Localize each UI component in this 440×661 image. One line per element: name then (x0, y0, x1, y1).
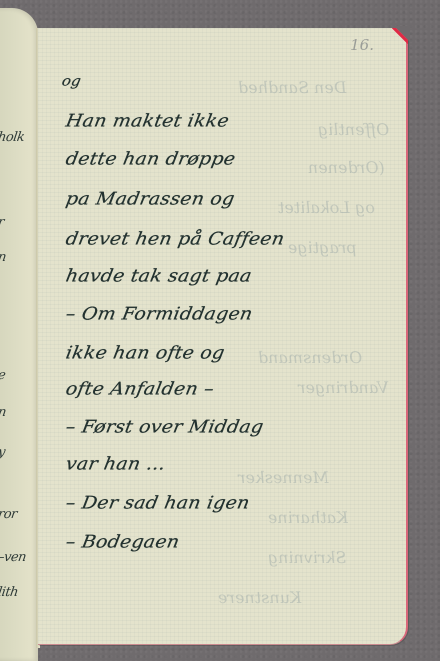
left-page-fragment: n (0, 405, 7, 420)
bleed-through-text: Offentlig (317, 120, 390, 139)
bleed-through-text: Ordensmand (257, 348, 363, 367)
left-page-fragment: y (0, 445, 6, 460)
left-page-fragment: –ven (0, 550, 27, 565)
handwritten-line: – Der sad han igen (64, 493, 251, 513)
left-page-fragment: r (0, 215, 5, 230)
bleed-through-text: Kunstnere (217, 588, 303, 607)
handwritten-line: ikke han ofte og (64, 343, 226, 363)
left-page-fragment: holk (0, 130, 25, 145)
left-page-fragment: n (0, 250, 7, 265)
left-page-fragment: e (0, 368, 6, 383)
bleed-through-text: Katharine (267, 508, 349, 527)
bleed-through-text: og Lokalitet (277, 198, 376, 217)
bleed-through-text: Mennesker (237, 468, 330, 487)
handwritten-line: og (61, 73, 83, 90)
handwritten-line: var han ... (64, 454, 167, 474)
left-facing-page: holk r n e n y ror –ven lith (0, 8, 38, 661)
left-page-fragment: ror (0, 507, 18, 522)
handwritten-line: – Om Formiddagen (64, 304, 254, 324)
handwritten-line: – Først over Middag (64, 417, 265, 437)
handwritten-line: – Bodegaen (64, 532, 181, 552)
notebook-page: 16. Den Sandhed Offentlig (Ordenen og Lo… (38, 28, 408, 645)
handwritten-line: drevet hen på Caffeen (64, 229, 286, 249)
handwritten-line: Han maktet ikke (64, 111, 231, 131)
handwritten-line: ofte Anfalden – (64, 379, 216, 399)
red-page-edge (392, 28, 408, 44)
left-page-fragment: lith (0, 585, 19, 600)
bleed-through-text: Den Sandhed (237, 78, 348, 97)
bleed-through-text: pragtige (287, 238, 358, 257)
bleed-through-text: (Ordenen (307, 158, 386, 177)
page-number: 16. (350, 36, 374, 54)
bleed-through-text: Skrivning (267, 548, 347, 567)
handwritten-line: havde tak sagt paa (64, 266, 253, 286)
handwritten-line: dette han drøppe (64, 149, 237, 169)
handwritten-line: pa Madrassen og (64, 189, 236, 209)
bleed-through-text: Vandringer (297, 378, 390, 397)
